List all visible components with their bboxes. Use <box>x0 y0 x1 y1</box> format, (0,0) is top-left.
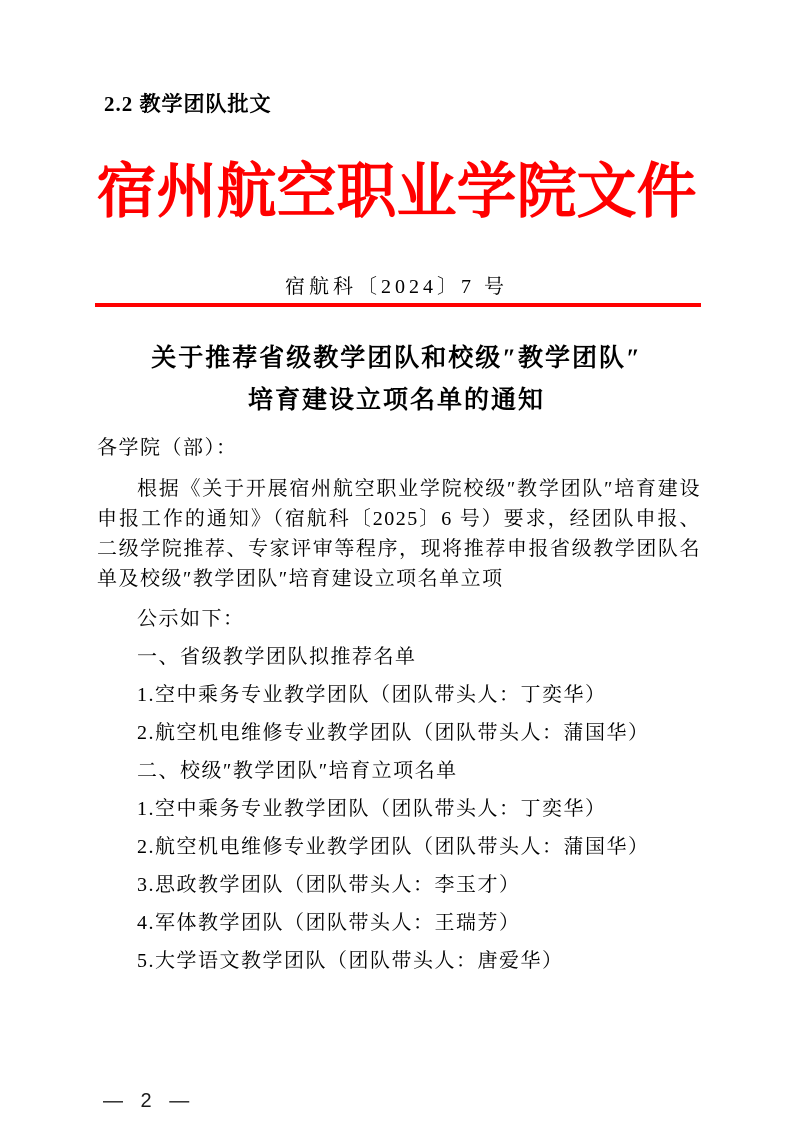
body-line-item: 1.空中乘务专业教学团队（团队带头人：丁奕华） <box>97 683 701 707</box>
page-number: — 2 — <box>103 1090 195 1113</box>
salutation-line: 各学院（部）： <box>97 433 701 463</box>
red-divider-line <box>95 303 701 307</box>
document-page: 2.2 教学团队批文 宿州航空职业学院文件 宿航科〔2024〕7 号 关于推荐省… <box>0 0 793 1122</box>
body-line: 公示如下： <box>97 607 701 631</box>
notice-title: 关于推荐省级教学团队和校级″教学团队″ 培育建设立项名单的通知 <box>0 338 793 422</box>
body-line-item: 2.航空机电维修专业教学团队（团队带头人：蒲国华） <box>97 835 701 859</box>
body-line-item: 2.航空机电维修专业教学团队（团队带头人：蒲国华） <box>97 721 701 745</box>
document-body: 各学院（部）： 根据《关于开展宿州航空职业学院校级″教学团队″培育建设申报工作的… <box>97 433 701 987</box>
intro-paragraph: 根据《关于开展宿州航空职业学院校级″教学团队″培育建设申报工作的通知》（宿航科〔… <box>97 474 701 594</box>
body-line-item: 4.军体教学团队（团队带头人：王瑞芳） <box>97 911 701 935</box>
red-letterhead-title: 宿州航空职业学院文件 <box>0 144 793 230</box>
section-heading: 2.2 教学团队批文 <box>104 88 272 118</box>
document-number: 宿航科〔2024〕7 号 <box>0 270 793 299</box>
body-line-section-1: 一、省级教学团队拟推荐名单 <box>97 645 701 669</box>
body-line-section-2: 二、校级″教学团队″培育立项名单 <box>97 759 701 783</box>
notice-title-line-2: 培育建设立项名单的通知 <box>0 380 793 422</box>
body-line-item: 1.空中乘务专业教学团队（团队带头人：丁奕华） <box>97 797 701 821</box>
body-line-item: 3.思政教学团队（团队带头人：李玉才） <box>97 873 701 897</box>
notice-title-line-1: 关于推荐省级教学团队和校级″教学团队″ <box>0 338 793 380</box>
body-line-item: 5.大学语文教学团队（团队带头人：唐爱华） <box>97 949 701 973</box>
